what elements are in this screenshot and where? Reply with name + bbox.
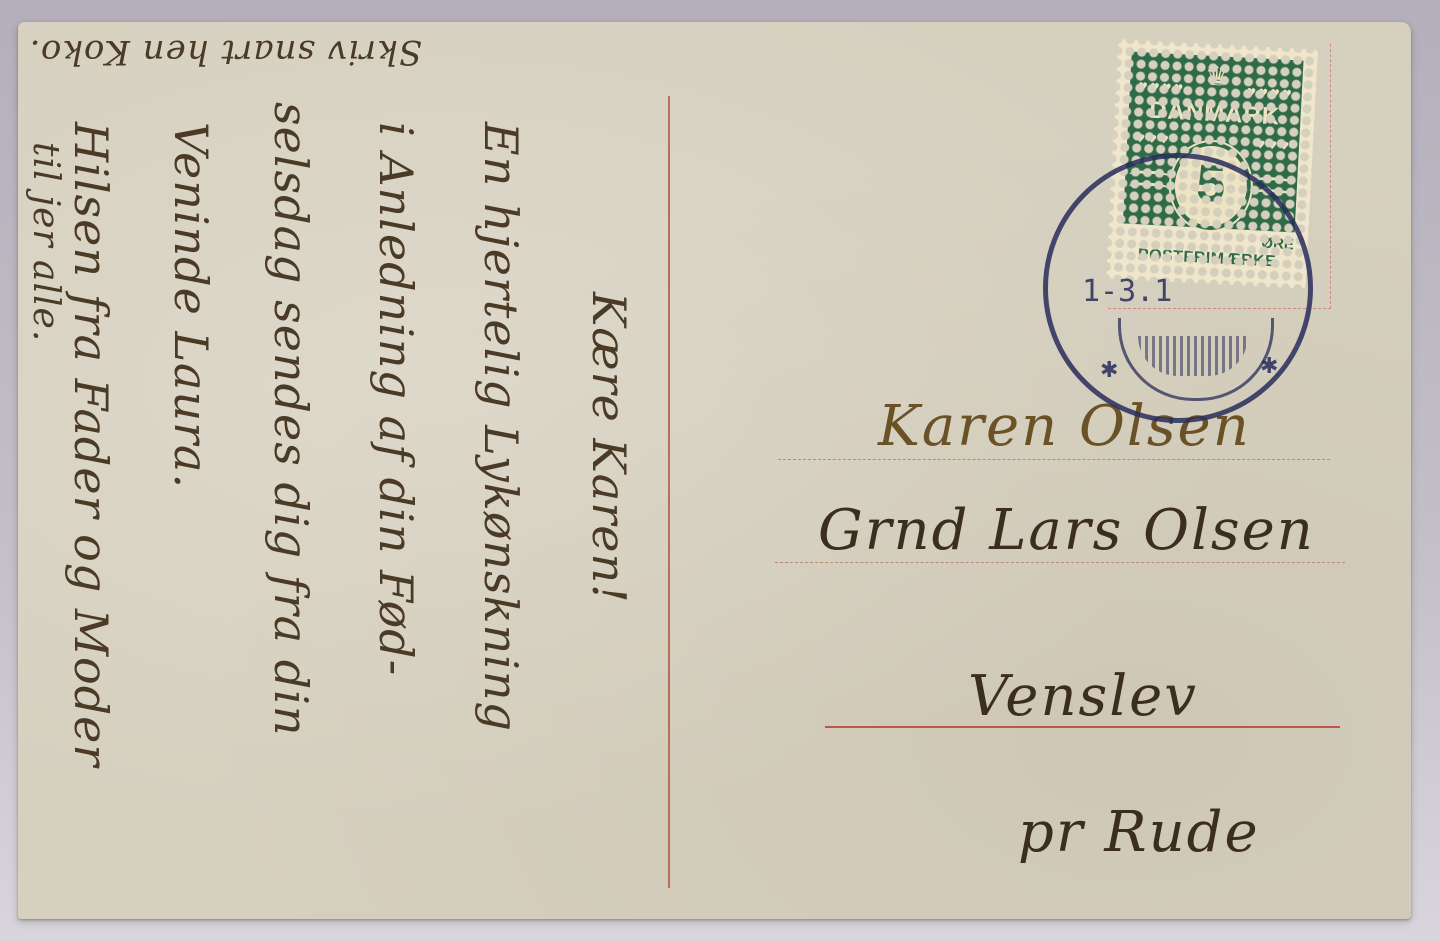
address-rule-1 — [778, 459, 1330, 460]
message-line: til jer alle. — [25, 142, 66, 342]
stamp-country: DANMARK — [1128, 96, 1301, 133]
message-line: Kære Karen! — [582, 292, 636, 604]
postmark-cancellation: 1-3.1 ✱ ✱ — [1043, 153, 1313, 423]
heart-dots-icon: ♥♥♥ — [1135, 132, 1171, 147]
message-top-note: Skriv snart hen Koko. — [29, 32, 422, 72]
address-line-post-office: pr Rude — [1018, 800, 1260, 865]
message-line: selsdag sendes dig fra din — [264, 102, 318, 737]
address-line-town: Venslev — [968, 664, 1198, 729]
message-line: Veninde Laura. — [164, 122, 218, 489]
message-line: En hjertelig Lykønskning — [474, 122, 528, 732]
message-line: i Anledning af din Fød- — [369, 122, 423, 676]
heart-dots-icon: ♥♥♥ — [1255, 138, 1291, 153]
heart-dots-icon: ♥♥♥♥ — [1138, 80, 1186, 95]
star-icon: ✱ — [1260, 354, 1278, 379]
postmark-date: 1-3.1 — [1082, 274, 1172, 309]
star-icon: ✱ — [1100, 358, 1118, 383]
crown-icon: ♛ — [1204, 62, 1229, 93]
message-line: Hilsen fra Fader og Moder — [64, 122, 118, 767]
center-divider-line — [668, 96, 670, 888]
heart-dots-icon: ♥♥♥♥ — [1246, 86, 1294, 101]
address-line-care-of: Grnd Lars Olsen — [818, 498, 1315, 563]
postmark-inner-arc — [1118, 318, 1274, 401]
